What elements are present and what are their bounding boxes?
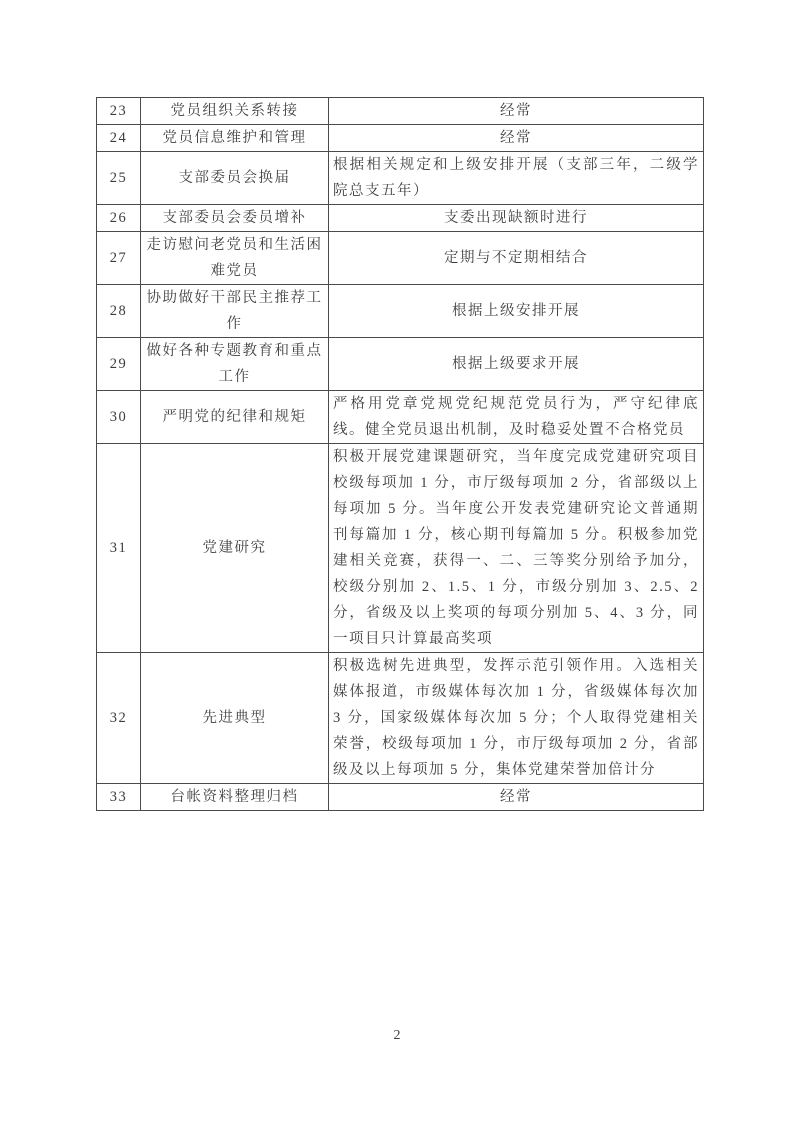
table-row: 26 支部委员会委员增补 支委出现缺额时进行 bbox=[97, 205, 704, 232]
document-page: 23 党员组织关系转接 经常 24 党员信息维护和管理 经常 25 支部委员会换… bbox=[0, 0, 794, 1123]
frequency-cell: 根据上级安排开展 bbox=[329, 285, 704, 338]
row-number-cell: 24 bbox=[97, 125, 141, 152]
frequency-cell: 根据相关规定和上级安排开展（支部三年，二级学院总支五年） bbox=[329, 152, 704, 205]
work-item-cell: 台帐资料整理归档 bbox=[141, 784, 329, 811]
row-number-cell: 29 bbox=[97, 338, 141, 391]
table-row: 25 支部委员会换届 根据相关规定和上级安排开展（支部三年，二级学院总支五年） bbox=[97, 152, 704, 205]
frequency-cell: 支委出现缺额时进行 bbox=[329, 205, 704, 232]
frequency-cell: 严格用党章党规党纪规范党员行为，严守纪律底线。健全党员退出机制，及时稳妥处置不合… bbox=[329, 391, 704, 444]
row-number-cell: 31 bbox=[97, 444, 141, 653]
frequency-cell: 经常 bbox=[329, 784, 704, 811]
table-row: 24 党员信息维护和管理 经常 bbox=[97, 125, 704, 152]
table-row: 31 党建研究 积极开展党建课题研究，当年度完成党建研究项目校级每项加 1 分，… bbox=[97, 444, 704, 653]
row-number-cell: 32 bbox=[97, 653, 141, 784]
page-number: 2 bbox=[0, 1028, 794, 1044]
row-number-cell: 30 bbox=[97, 391, 141, 444]
table-row: 30 严明党的纪律和规矩 严格用党章党规党纪规范党员行为，严守纪律底线。健全党员… bbox=[97, 391, 704, 444]
table-row: 33 台帐资料整理归档 经常 bbox=[97, 784, 704, 811]
table-row: 28 协助做好干部民主推荐工作 根据上级安排开展 bbox=[97, 285, 704, 338]
work-item-cell: 先进典型 bbox=[141, 653, 329, 784]
work-item-cell: 走访慰问老党员和生活困难党员 bbox=[141, 232, 329, 285]
work-item-cell: 党员信息维护和管理 bbox=[141, 125, 329, 152]
work-item-cell: 支部委员会委员增补 bbox=[141, 205, 329, 232]
frequency-cell: 积极选树先进典型，发挥示范引领作用。入选相关媒体报道，市级媒体每次加 1 分，省… bbox=[329, 653, 704, 784]
row-number-cell: 33 bbox=[97, 784, 141, 811]
work-item-cell: 支部委员会换届 bbox=[141, 152, 329, 205]
frequency-cell: 积极开展党建课题研究，当年度完成党建研究项目校级每项加 1 分，市厅级每项加 2… bbox=[329, 444, 704, 653]
task-table-body: 23 党员组织关系转接 经常 24 党员信息维护和管理 经常 25 支部委员会换… bbox=[97, 98, 704, 811]
frequency-cell: 经常 bbox=[329, 125, 704, 152]
task-table: 23 党员组织关系转接 经常 24 党员信息维护和管理 经常 25 支部委员会换… bbox=[96, 97, 704, 811]
row-number-cell: 27 bbox=[97, 232, 141, 285]
frequency-cell: 根据上级要求开展 bbox=[329, 338, 704, 391]
table-row: 29 做好各种专题教育和重点工作 根据上级要求开展 bbox=[97, 338, 704, 391]
work-item-cell: 严明党的纪律和规矩 bbox=[141, 391, 329, 444]
row-number-cell: 25 bbox=[97, 152, 141, 205]
table-row: 27 走访慰问老党员和生活困难党员 定期与不定期相结合 bbox=[97, 232, 704, 285]
table-row: 32 先进典型 积极选树先进典型，发挥示范引领作用。入选相关媒体报道，市级媒体每… bbox=[97, 653, 704, 784]
row-number-cell: 28 bbox=[97, 285, 141, 338]
frequency-cell: 经常 bbox=[329, 98, 704, 125]
work-item-cell: 党员组织关系转接 bbox=[141, 98, 329, 125]
row-number-cell: 26 bbox=[97, 205, 141, 232]
row-number-cell: 23 bbox=[97, 98, 141, 125]
table-row: 23 党员组织关系转接 经常 bbox=[97, 98, 704, 125]
frequency-cell: 定期与不定期相结合 bbox=[329, 232, 704, 285]
work-item-cell: 协助做好干部民主推荐工作 bbox=[141, 285, 329, 338]
work-item-cell: 党建研究 bbox=[141, 444, 329, 653]
work-item-cell: 做好各种专题教育和重点工作 bbox=[141, 338, 329, 391]
